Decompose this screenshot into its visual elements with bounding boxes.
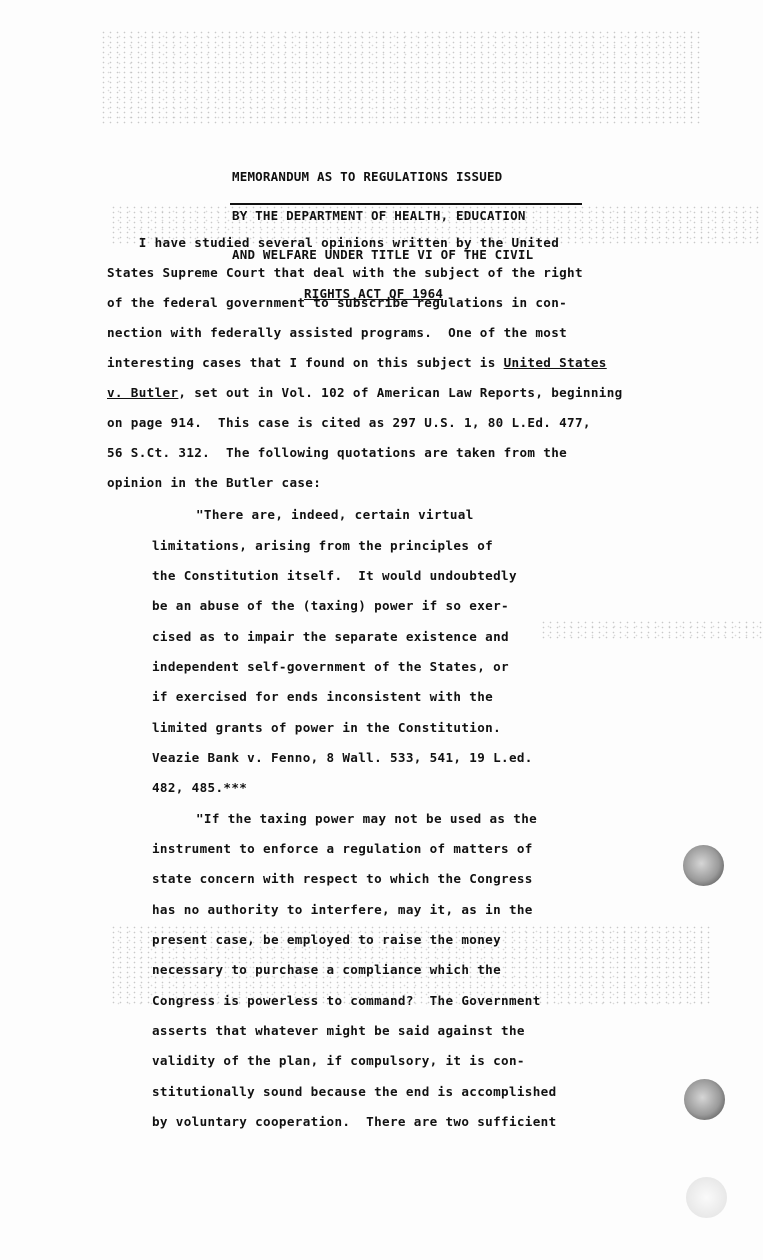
intro-line-4: nection with federally assisted programs… <box>107 325 567 341</box>
quote2-line-6: necessary to purchase a compliance which… <box>152 962 501 978</box>
quote1-line-5: cised as to impair the separate existenc… <box>152 629 509 645</box>
intro-line-8: 56 S.Ct. 312. The following quotations a… <box>107 445 567 461</box>
quote1-line-4: be an abuse of the (taxing) power if so … <box>152 598 509 614</box>
punch-hole-3 <box>686 1177 727 1218</box>
quote2-line-4: has no authority to interfere, may it, a… <box>152 902 533 918</box>
quote1-line-1: "There are, indeed, certain virtual <box>196 507 474 523</box>
quote1-line-7: if exercised for ends inconsistent with … <box>152 689 493 705</box>
punch-hole-2 <box>684 1079 725 1120</box>
scanned-document-page: MEMORANDUM AS TO REGULATIONS ISSUED BY T… <box>0 0 763 1260</box>
case-name-underlined-cont: v. Butler <box>107 385 178 400</box>
quote2-line-1: "If the taxing power may not be used as … <box>196 811 537 827</box>
intro-line-2: States Supreme Court that deal with the … <box>107 265 583 281</box>
intro-line-5: interesting cases that I found on this s… <box>107 355 607 371</box>
intro-line-9: opinion in the Butler case: <box>107 475 321 491</box>
intro-line-3: of the federal government to subscribe r… <box>107 295 567 311</box>
scan-noise-top <box>100 30 700 125</box>
quote2-line-9: validity of the plan, if compulsory, it … <box>152 1053 525 1069</box>
quote1-line-9: Veazie Bank v. Fenno, 8 Wall. 533, 541, … <box>152 750 533 766</box>
title-line-1: MEMORANDUM AS TO REGULATIONS ISSUED <box>232 170 582 183</box>
quote1-line-2: limitations, arising from the principles… <box>152 538 493 554</box>
intro-line-7: on page 914. This case is cited as 297 U… <box>107 415 591 431</box>
quote2-line-2: instrument to enforce a regulation of ma… <box>152 841 533 857</box>
scan-noise-mid <box>540 620 763 640</box>
punch-hole-1 <box>683 845 724 886</box>
quote2-line-7: Congress is powerless to command? The Go… <box>152 993 541 1009</box>
quote2-line-3: state concern with respect to which the … <box>152 871 533 887</box>
quote1-line-6: independent self-government of the State… <box>152 659 509 675</box>
quote1-line-8: limited grants of power in the Constitut… <box>152 720 501 736</box>
quote2-line-11: by voluntary cooperation. There are two … <box>152 1114 557 1130</box>
quote2-line-8: asserts that whatever might be said agai… <box>152 1023 525 1039</box>
title-line-2: BY THE DEPARTMENT OF HEALTH, EDUCATION <box>232 209 582 222</box>
title-underline-rule <box>230 203 582 205</box>
intro-line-1: I have studied several opinions written … <box>107 235 559 251</box>
quote2-line-5: present case, be employed to raise the m… <box>152 932 501 948</box>
quote1-line-3: the Constitution itself. It would undoub… <box>152 568 517 584</box>
quote1-line-10: 482, 485.*** <box>152 780 247 796</box>
intro-line-6: v. Butler, set out in Vol. 102 of Americ… <box>107 385 623 401</box>
case-name-underlined: United States <box>504 355 607 370</box>
quote2-line-10: stitutionally sound because the end is a… <box>152 1084 557 1100</box>
